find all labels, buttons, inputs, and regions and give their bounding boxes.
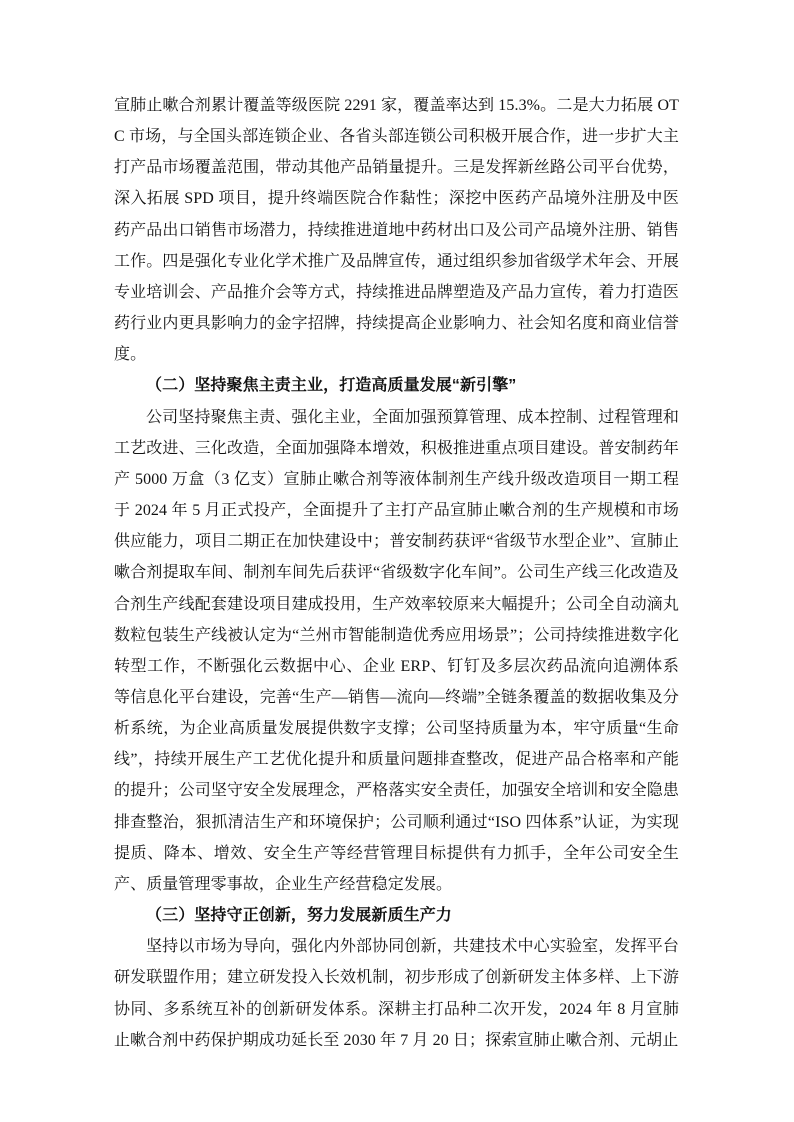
- body-paragraph: 宣肺止嗽合剂累计覆盖等级医院 2291 家，覆盖率达到 15.3%。二是大力拓展…: [114, 90, 679, 370]
- body-paragraph: 坚持以市场为导向，强化内外部协同创新，共建技术中心实验室，发挥平台研发联盟作用；…: [114, 931, 679, 1056]
- document-body: 宣肺止嗽合剂累计覆盖等级医院 2291 家，覆盖率达到 15.3%。二是大力拓展…: [114, 90, 679, 1056]
- section-heading: （二）坚持聚焦主责主业，打造高质量发展“新引擎”: [114, 370, 679, 401]
- document-page: 宣肺止嗽合剂累计覆盖等级医院 2291 家，覆盖率达到 15.3%。二是大力拓展…: [0, 0, 794, 1122]
- body-paragraph: 公司坚持聚焦主责、强化主业，全面加强预算管理、成本控制、过程管理和工艺改进、三化…: [114, 402, 679, 901]
- section-heading: （三）坚持守正创新，努力发展新质生产力: [114, 900, 679, 931]
